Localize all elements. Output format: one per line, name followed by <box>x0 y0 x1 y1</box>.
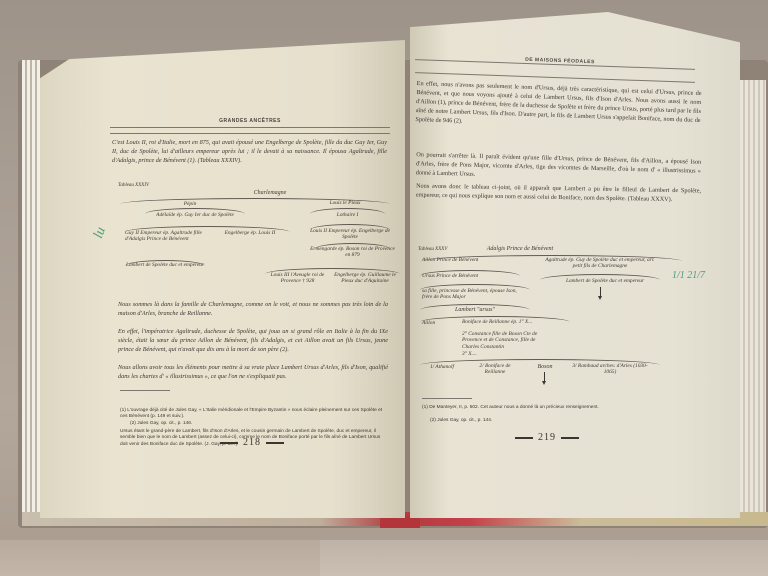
footnote-rule <box>120 390 170 391</box>
arrow-down-icon <box>600 287 601 297</box>
folio-dash <box>515 437 533 439</box>
tree-node: 3° X.... <box>462 351 502 357</box>
footnote: (1) De Manteyer, II, p. 502. Cet auteur … <box>422 405 677 411</box>
tree-node: Louis le Pieux <box>305 200 385 206</box>
paragraph: En effet, l'impératrice Agaltrude, duche… <box>118 327 388 354</box>
tree-node: Lothaire I <box>310 212 385 218</box>
tree-node: Agaltrude ép. Guy de Spolète duc et empe… <box>545 257 655 270</box>
tree-node: Boson <box>530 364 560 370</box>
wooden-table-plank <box>320 540 768 576</box>
folio-dash <box>561 437 579 439</box>
page-number: 219 <box>510 432 584 443</box>
paragraph: Nous sommes là dans la famille de Charle… <box>118 300 388 318</box>
folio-dash <box>220 442 238 444</box>
footnote: (2) Jules Gay, op. cit., p. 146. <box>130 421 385 427</box>
tree-node: 2° Constance fille de Boson Cte de Prove… <box>462 331 552 350</box>
arrow-down-icon <box>544 372 545 382</box>
tree-node: Lambert "ursus" <box>440 307 510 313</box>
right-page: DE MAISONS FÉODALES En effet, nous n'avo… <box>410 12 740 518</box>
page-number-text: 218 <box>243 437 261 448</box>
paragraph: Nous allons avoir tous les éléments pour… <box>118 363 388 381</box>
tree-root: Adalgis Prince de Bénévent <box>460 246 580 252</box>
tree-node: Guy II Empereur ép. Agaltrude fille d'Ad… <box>125 230 205 243</box>
page-edges-left <box>22 60 40 520</box>
tree-node: Aillon Prince de Bénévent <box>422 257 502 263</box>
tree-node: Boniface de Reillanne ép. 1° X... <box>462 319 552 325</box>
tree-root: Charlemagne <box>230 190 310 196</box>
tree-node: Louis II Empereur ép. Engelberge de Spol… <box>310 228 390 241</box>
tree-node: Pépin <box>160 201 220 207</box>
tree-node: Ursus Prince de Bénévent <box>422 273 512 279</box>
footnote-rule <box>422 398 472 399</box>
tree-node: Lambert de Spolète duc et empereur <box>545 278 665 284</box>
tree-node: Aillon <box>422 320 447 326</box>
tree-node: 1/ Athanolf <box>422 364 462 370</box>
tree-node: Ermengarde ép. Boson roi de Provence en … <box>310 246 395 259</box>
page-number: 218 <box>215 437 289 448</box>
footnote: (1) L'ouvrage déjà cité de Jules Gay, « … <box>120 408 385 421</box>
left-page: GRANDES ANCÊTRES C'est Louis II, roi d'I… <box>40 40 405 518</box>
tree-node: Lambert de Spolète duc et empereur <box>125 262 205 268</box>
handwritten-note: 1/1 21/7 <box>672 270 705 281</box>
page-edges-right <box>740 80 766 520</box>
tree-node: 2/ Boniface de Reillanne <box>470 363 520 376</box>
folio-dash <box>266 442 284 444</box>
tree-node: 3/ Rambaud archev. d'Arles (1030-1065) <box>570 363 650 376</box>
tree-node: sa fille, princesse de Bénévent, épouse … <box>422 288 522 301</box>
tree-node: Adélaïde ép. Guy Ier duc de Spolète <box>145 212 245 218</box>
tree-node: Engelberge ép. Louis II <box>220 230 280 236</box>
tree-node: Engelberge ép. Guillaume le Pieux duc d'… <box>330 272 400 285</box>
tree-node: Louis III l'Aveugle roi de Provence † 92… <box>265 272 330 285</box>
page-number-text: 219 <box>538 432 556 443</box>
footnote: (2) Jules Gay, op. cit., p. 144. <box>430 418 685 424</box>
